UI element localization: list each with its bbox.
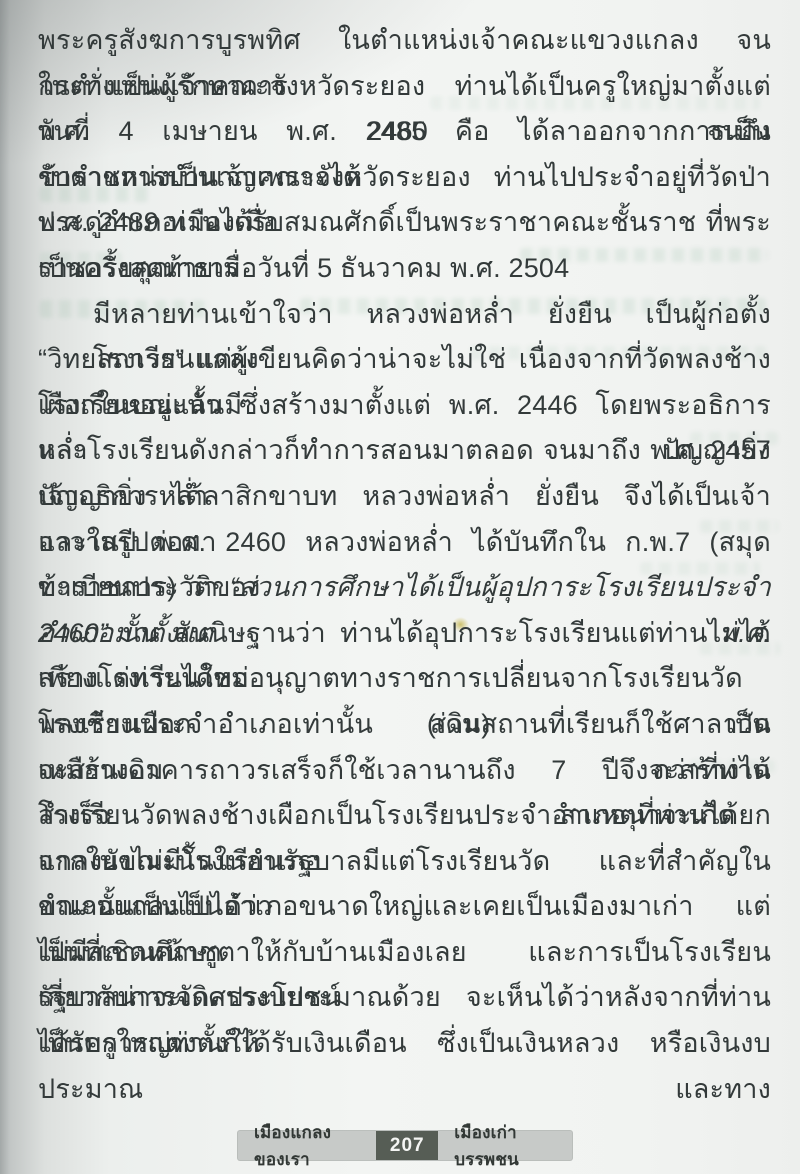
quoted-text-segment: 2460” [38, 618, 108, 648]
text-line: จะสร้างอาคารถาวรเสร็จก็ใช้เวลานานถึง 7 ป… [38, 748, 771, 794]
text-line: ในตำแหน่งเจ้าคณะจังหวัดระยอง ท่านได้เป็น… [38, 64, 771, 110]
text-line: เป็นครั้งสุดท้ายเมื่อวันที่ 5 ธันวาคม พ.… [38, 246, 771, 292]
scanned-page: พระครูสังฆการบูรพทิศ ในตำแหน่งเจ้าคณะแขว… [0, 0, 800, 1174]
text-line: โรงเรียนอยู่แล้ว ซึ่งสร้างมาตั้งแต่ พ.ศ.… [38, 383, 771, 429]
text-line: และโรงเรียนดังกล่าวก็ทำการสอนมาตลอด จนมา… [38, 428, 771, 474]
footer-right-title: เมืองเก่าบรรพชน [438, 1131, 572, 1160]
text-segment: เป็นครั้งสุดท้ายเมื่อวันที่ 5 ธันวาคม พ.… [38, 253, 569, 283]
text-line: เพียงแต่ท่านได้ขออนุญาตทางราชการเปลี่ยนจ… [38, 656, 771, 702]
text-line: เป็นครูใหญ่ท่านก็ได้รับเงินเดือน ซึ่งเป็… [38, 1021, 771, 1067]
text-line: ปัญญายิ่ง ได้ลาสิกขาบท หลวงพ่อหล่ำ ยั่งย… [38, 474, 771, 520]
page-text: พระครูสังฆการบูรพทิศ ในตำแหน่งเจ้าคณะแขว… [38, 18, 771, 1067]
footer-bar: เมืองแกลงของเรา 207 เมืองเก่าบรรพชน [238, 1131, 572, 1160]
text-line: แกลงยังไม่มีโรงเรียนรัฐบาลมีแต่โรงเรียนว… [38, 839, 771, 885]
text-line: พระครูสังฆการบูรพทิศ ในตำแหน่งเจ้าคณะแขว… [38, 18, 771, 64]
page-number-badge: 207 [376, 1131, 438, 1160]
text-line: 2460” นั้น สันนิษฐานว่า ท่านได้อุปการะโร… [38, 611, 771, 657]
text-line: เกี่ยวกับการจัดสรรงบประมาณด้วย จะเห็นได้… [38, 975, 771, 1021]
text-segment: ข้าราชการ) ว่า [38, 572, 230, 602]
text-segment: เป็นครูใหญ่ท่านก็ได้รับเงินเดือน ซึ่งเป็… [38, 1028, 771, 1104]
text-line: อำเภอแกลงเป็นอำเภอขนาดใหญ่และเคยเป็นเมือ… [38, 884, 771, 930]
text-line: รับตำแหน่งเป็นเจ้าคณะจังหวัดระยอง ท่านไป… [38, 155, 771, 201]
text-line: พ.ศ. 2489 ท่านได้รับสมณศักดิ์เป็นพระราชา… [38, 200, 771, 246]
text-line: วันที่ 4 เมษายน พ.ศ. 2485 คือ ได้ลาออกจา… [38, 109, 771, 155]
text-line: โรงเรียนวัดพลงช้างเผือกเป็นโรงเรียนประจำ… [38, 793, 771, 839]
text-line: ข้าราชการ) ว่า “ส่วนการศึกษาได้เป็นผู้อุ… [38, 565, 771, 611]
text-line: โรงเรียนประจำอำเภอเท่านั้น ส่วนสถานที่เร… [38, 702, 771, 748]
text-line: เป็นที่เชิดหน้าชูตาให้กับบ้านเมืองเลย แล… [38, 930, 771, 976]
text-line: และในปี พ.ศ. 2460 หลวงพ่อหล่ำ ได้บันทึกใ… [38, 520, 771, 566]
text-line: มีหลายท่านเข้าใจว่า หลวงพ่อหล่ำ ยั่งยืน … [38, 292, 771, 338]
text-line: “วิทยสถาวร” แต่ผู้เขียนคิดว่าน่าจะไม่ใช่… [38, 337, 771, 383]
footer-left-title: เมืองแกลงของเรา [238, 1131, 376, 1160]
